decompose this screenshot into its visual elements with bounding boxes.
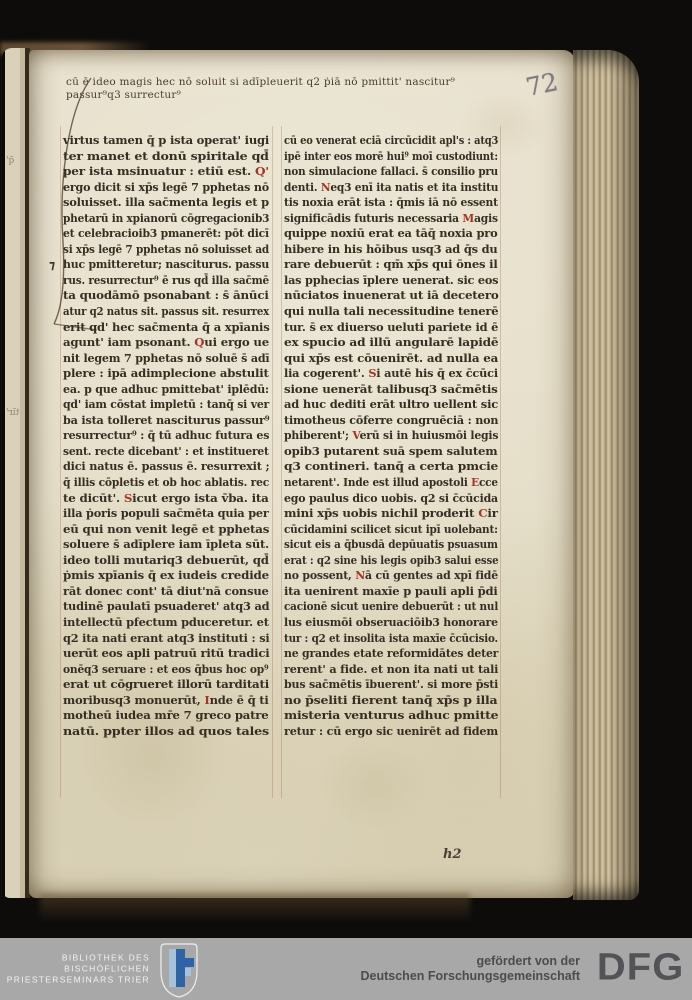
manuscript-text-line: ba ista tolleret nasciturus passur⁹ bbox=[63, 413, 269, 429]
text-column-right: cū eo venerat eciā circūcidit apl's : at… bbox=[284, 133, 498, 739]
manuscript-text-line: natū. ppter illos ad quos tales bbox=[63, 724, 269, 740]
manuscript-text-line: soluisset. illa sac̄menta legis et p bbox=[63, 195, 269, 211]
library-credit: BIBLIOTHEK DES BISCHÖFLICHEN PRIESTERSEM… bbox=[0, 953, 150, 986]
manuscript-text-line: resurrectur⁹ : q̄ tū adhuc futura es bbox=[63, 428, 269, 444]
manuscript-text-line: tur. s̄ ex diuerso ueluti pariete id ē bbox=[284, 320, 498, 336]
manuscript-text-line: rerent' a fide. et non ita nati ut tali bbox=[284, 662, 498, 678]
manuscript-text-line: tudinē paulatī psuaderet' atq3 ad bbox=[63, 599, 269, 615]
manuscript-text-line: moribusq3 monuerūt, Inde ē q̄ ti bbox=[63, 693, 269, 709]
manuscript-text-line: non simulacione fallaci. s̄ consilio pru bbox=[284, 164, 498, 180]
manuscript-photo: tīr' q̄' cū ē ideo magis hec nō soluit s… bbox=[0, 0, 692, 1000]
manuscript-text-line: ideo tolli mutariq3 debuerūt, qd̄ bbox=[63, 553, 269, 569]
manuscript-text-line: rāt donec cont' tā diut'nā consue bbox=[63, 584, 269, 600]
manuscript-text-line: timotheus cōferre congruēciā : non bbox=[284, 413, 498, 429]
manuscript-text-line: qd' iam cōstat impletū : tanq̄ si ver bbox=[63, 397, 269, 413]
manuscript-text-line: lia cogerent'. Si autē his q̄ ex c̄cūci bbox=[284, 366, 498, 382]
manuscript-text-line: ita uenirent maxīe p pauli apli p̄di bbox=[284, 584, 497, 600]
manuscript-text-line: retur : cū ergo sic uenirēt ad fidem bbox=[284, 724, 498, 740]
manuscript-text-line: no p̄seliti fierent tanq̄ xp̄s p illa bbox=[284, 693, 497, 709]
manuscript-text-line: plere : ipā adimplecione abstulit bbox=[63, 366, 269, 382]
quire-signature: h2 bbox=[443, 847, 462, 862]
ruling-line bbox=[500, 126, 501, 798]
manuscript-text-line: tur : q2 et insolita ista maxīe c̄cūcisi… bbox=[284, 631, 498, 647]
manuscript-text-line: phetarū in xpianorū cōgregacionib3 bbox=[63, 211, 269, 227]
manuscript-text-line: onēq3 seruare : et eos q̄bus hoc op⁹ bbox=[63, 662, 269, 678]
manuscript-text-line: erat ut cōgrueret illorū tarditati bbox=[63, 677, 269, 693]
manuscript-text-line: lus eiusmōi obseruaciōib3 honorare bbox=[284, 615, 498, 631]
manuscript-text-line: nūciatos inuenerat ut iā decetero bbox=[284, 288, 499, 304]
book-tail-edge bbox=[40, 894, 470, 922]
manuscript-text-line: no possent, Nā cū gentes ad xpī fidē bbox=[284, 568, 498, 584]
manuscript-text-line: ego paulus dico uobis. q2 si c̄cūcida bbox=[284, 491, 498, 507]
footer-banner: BIBLIOTHEK DES BISCHÖFLICHEN PRIESTERSEM… bbox=[0, 938, 692, 1000]
manuscript-text-line: ṗmis xpīanis q̄ ex iudeis credide bbox=[63, 568, 269, 584]
manuscript-text-line: intellectū pfectum pduceretur. et bbox=[63, 615, 269, 631]
manuscript-text-line: erat : q2 sine his legis opib3 salui ess… bbox=[284, 553, 498, 569]
manuscript-text-line: nit legem 7 pphetas nō soluē s̄ adī bbox=[63, 351, 269, 367]
manuscript-text-line: misteria venturus adhuc pmitte bbox=[284, 708, 498, 724]
manuscript-text-line: mini xp̄s uobis nichil proderit Cir bbox=[284, 506, 498, 522]
manuscript-text-line: qui xp̄s est cōuenirēt. ad nulla ea bbox=[284, 351, 498, 367]
manuscript-text-line: motheū iudea mr̄e 7 greco patre bbox=[63, 708, 268, 724]
manuscript-text-line: rus. resurrectur⁹ ē rus qd̄ illa sac̄mē bbox=[63, 273, 269, 289]
manuscript-text-line: atur q2 natus sit. passus sit. resurrex bbox=[63, 304, 269, 320]
manuscript-text-line: agunt' iam psonant. Qui ergo ue bbox=[63, 335, 269, 351]
manuscript-text-line: per ista msinuatur : etiū est. Q' bbox=[63, 164, 269, 180]
manuscript-text-line: q2 ita nati erant atq3 instituti : si bbox=[63, 631, 269, 647]
manuscript-text-line: huc pmitteretur; nasciturus. passu bbox=[63, 257, 269, 273]
manuscript-text-line: ex spucio ad illū angularē lapidē bbox=[284, 335, 498, 351]
library-credit-line: BISCHÖFLICHEN bbox=[0, 964, 150, 975]
manuscript-text-line: quippe noxiū erat ea tāq̄ noxia pro bbox=[284, 226, 498, 242]
manuscript-text-line: sent. recte dicebant' : et institueret bbox=[63, 444, 269, 460]
running-header: cū ē ideo magis hec nō soluit si adīpleu… bbox=[66, 76, 455, 102]
manuscript-text-line: ter manet et donū spiritale qd̄ bbox=[63, 149, 269, 165]
facing-page-edge: tīr' q̄' bbox=[2, 48, 30, 898]
manuscript-text-line: cūcidamini scilicet sicut ipī uolebant: bbox=[284, 522, 498, 538]
manuscript-text-line: las pphecias īplere uenerat. sic eos bbox=[284, 273, 498, 289]
manuscript-text-line: q̄ illis cōpletis et ob hoc ablatis. rec bbox=[63, 475, 269, 491]
manuscript-text-line: et celebracioib3 pmanerēt: pōt dicī bbox=[63, 226, 269, 242]
manuscript-text-line: si xp̄s legē 7 pphetas nō soluisset ad bbox=[63, 242, 269, 258]
manuscript-text-line: te dicūt'. Sicut ergo ista v̄ba. ita bbox=[63, 491, 269, 507]
manuscript-text-line: erit qd' hec sac̄menta q̄ a xpīanis bbox=[63, 320, 270, 336]
manuscript-text-line: ipē inter eos morē hui⁹ moī custodiunt: bbox=[284, 149, 498, 165]
manuscript-text-line: cū eo venerat eciā circūcidit apl's : at… bbox=[284, 133, 498, 149]
manuscript-text-line: virtus tamen q̄ p ista operat' iugi bbox=[63, 133, 269, 149]
running-header-line: passur⁹q3 surrectur⁹ bbox=[66, 89, 455, 102]
manuscript-text-line: opib3 putarent suā spem salutem bbox=[284, 444, 497, 460]
manuscript-text-line: q3 contineri. tanq̄ a certa pmcie bbox=[284, 459, 498, 475]
manuscript-text-line: netarent'. Inde est illud apostoli Ecce bbox=[284, 475, 498, 491]
manuscript-page: cū ē ideo magis hec nō soluit si adīpleu… bbox=[29, 50, 575, 898]
manuscript-text-line: significādis futuris necessaria Magis bbox=[284, 211, 498, 227]
manuscript-text-line: denti. Neq3 enī ita natis et ita institu bbox=[284, 180, 498, 196]
ruling-line bbox=[272, 126, 273, 798]
running-header-line: cū ē ideo magis hec nō soluit si adīpleu… bbox=[66, 76, 455, 89]
manuscript-text-line: rare debuerūt : qm̄ xp̄s qui ōnes il bbox=[284, 257, 498, 273]
dfg-credit: gefördert von der Deutschen Forschungsge… bbox=[361, 954, 581, 984]
dfg-credit-line: Deutschen Forschungsgemeinschaft bbox=[361, 969, 581, 984]
manuscript-text-line: sicut eis a q̄busdā depūuatis psuasum bbox=[284, 537, 498, 553]
manuscript-text-line: hibere in his hōibus usq3 ad q̄s du bbox=[284, 242, 498, 258]
manuscript-text-line: tis noxia erāt ista : q̄mis iā nō essent bbox=[284, 195, 498, 211]
manuscript-text-line: ta quodāmō psonabant : s̄ ānūci bbox=[63, 288, 269, 304]
bleedthrough-mark: q̄' bbox=[6, 156, 14, 166]
manuscript-text-line: illa ṗoris populi sac̄mēta quia per bbox=[63, 506, 269, 522]
manuscript-text-line: cacionē sicut uenire debuerūt : ut nul bbox=[284, 599, 498, 615]
manuscript-text-line: uerūt eos apli patruū ritū tradici bbox=[63, 646, 269, 662]
manuscript-text-line: bus sac̄mētis ībuerent'. si more p̄sti bbox=[284, 677, 498, 693]
dfg-credit-line: gefördert von der bbox=[361, 954, 581, 969]
manuscript-text-line: soluere s̄ adīplere iam īpleta sūt. bbox=[63, 537, 269, 553]
dfg-logo: DFG bbox=[597, 947, 684, 990]
manuscript-text-line: ad huc dediti erāt ultro uellent sic bbox=[284, 397, 498, 413]
library-credit-line: BIBLIOTHEK DES bbox=[0, 953, 150, 964]
text-column-left: virtus tamen q̄ p ista operat' iugiter m… bbox=[63, 133, 269, 739]
manuscript-text-line: ea. p que adhuc pmittebat' iplēdū: bbox=[63, 382, 269, 398]
folio-number: 72 bbox=[523, 67, 560, 102]
bleedthrough-mark: tīr' bbox=[6, 408, 19, 418]
manuscript-text-line: qui nulla tali necessitudine tenerē bbox=[284, 304, 498, 320]
manuscript-text-line: ergo dicit si xp̄s legē 7 pphetas nō bbox=[63, 180, 269, 196]
manuscript-text-line: phiberent'; Verū si in huiusmōi legis bbox=[284, 428, 498, 444]
parchment-stain bbox=[319, 740, 429, 830]
library-logo bbox=[156, 941, 202, 999]
manuscript-text-line: ne grandes etate reformidātes deter bbox=[284, 646, 498, 662]
page-stack-fore-edge bbox=[573, 50, 639, 900]
manuscript-text-line: eū qui non venit legē et pphetas bbox=[63, 522, 269, 538]
ruling-line bbox=[281, 126, 282, 798]
marginal-mark: ⁊ bbox=[49, 258, 55, 272]
manuscript-text-line: sione uenerāt talibusq3 sac̄mētis bbox=[284, 382, 498, 398]
manuscript-text-line: dici natus ē. passus ē. resurrexit ; bbox=[63, 459, 269, 475]
library-credit-line: PRIESTERSEMINARS TRIER bbox=[0, 975, 150, 986]
